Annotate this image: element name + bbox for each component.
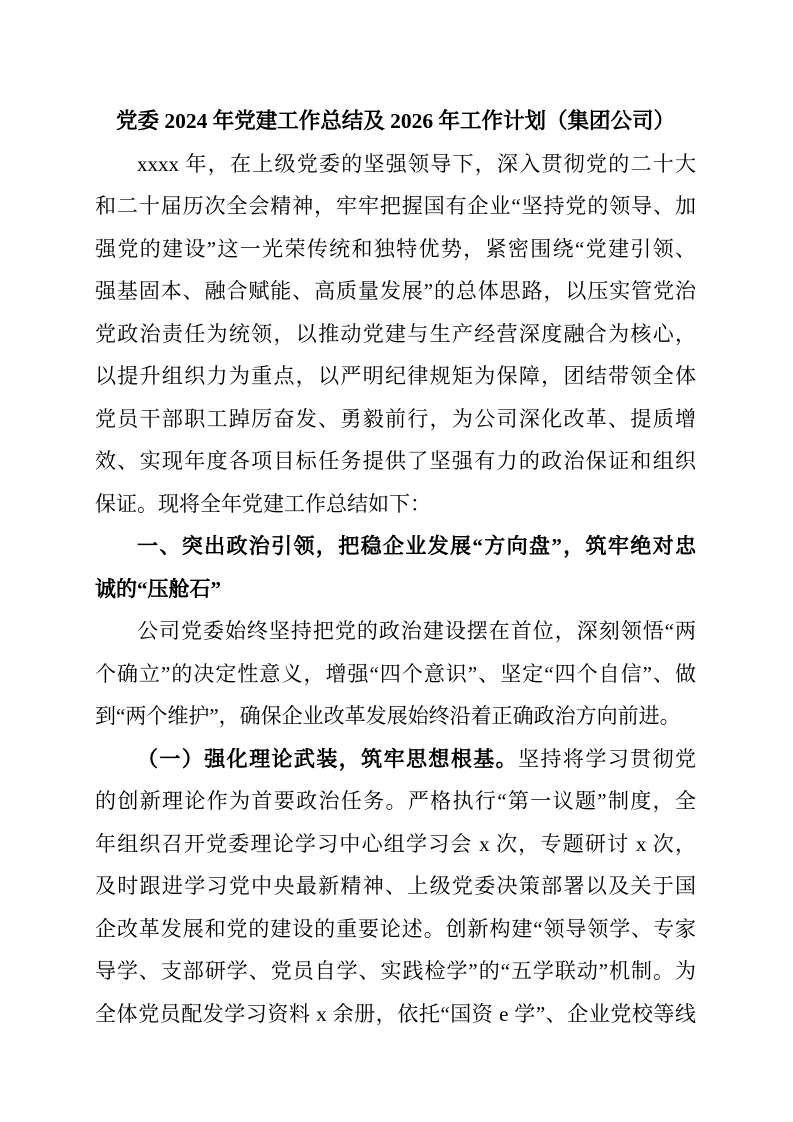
text-line: 公司党委始终坚持把党的政治建设摆在首位，深刻领悟“两 (95, 610, 696, 653)
text-line: 及时跟进学习党中央最新精神、上级党委决策部署以及关于国 (95, 865, 696, 908)
text-line: 强基固本、融合赋能、高质量发展”的总体思路，以压实管党治 (95, 270, 696, 313)
text-line: 全体党员配发学习资料 x 余册，依托“国资 e 学”、企业党校等线 (95, 993, 696, 1036)
text-line: 党政治责任为统领，以推动党建与生产经营深度融合为核心， (95, 313, 696, 356)
text-line: 保证。现将全年党建工作总结如下： (95, 483, 696, 526)
text-line: 和二十届历次全会精神，牢牢把握国有企业“坚持党的领导、加 (95, 185, 696, 228)
text-line: xxxx 年，在上级党委的坚强领导下，深入贯彻党的二十大 (95, 143, 696, 186)
text-line: 党员干部职工踔厉奋发、勇毅前行，为公司深化改革、提质增 (95, 398, 696, 441)
text-line: 企改革发展和党的建设的重要论述。创新构建“领导领学、专家 (95, 908, 696, 951)
bold-run: （一）强化理论武装，筑牢思想根基。 (137, 747, 518, 771)
text-line: 效、实现年度各项目标任务提供了坚强有力的政治保证和组织 (95, 440, 696, 483)
document-title: 党委 2024 年党建工作总结及 2026 年工作计划（集团公司） (95, 100, 696, 143)
text-run: 坚持将学习贯彻党 (518, 747, 696, 771)
text-line: 个确立”的决定性意义，增强“四个意识”、坚定“四个自信”、做 (95, 653, 696, 696)
document-page: 党委 2024 年党建工作总结及 2026 年工作计划（集团公司） xxxx 年… (0, 0, 793, 1122)
text-line: 强党的建设”这一光荣传统和独特优势，紧密围绕“党建引领、 (95, 228, 696, 271)
text-line: 年组织召开党委理论学习中心组学习会 x 次，专题研讨 x 次， (95, 823, 696, 866)
section-heading-line: 一、突出政治引领，把稳企业发展“方向盘”，筑牢绝对忠 (95, 525, 696, 568)
text-line: （一）强化理论武装，筑牢思想根基。坚持将学习贯彻党 (95, 738, 696, 781)
section-heading-line: 诚的“压舱石” (95, 568, 696, 611)
text-line: 到“两个维护”，确保企业改革发展始终沿着正确政治方向前进。 (95, 695, 696, 738)
text-line: 导学、支部研学、党员自学、实践检学”的“五学联动”机制。为 (95, 950, 696, 993)
text-line: 的创新理论作为首要政治任务。严格执行“第一议题”制度，全 (95, 780, 696, 823)
text-line: 以提升组织力为重点，以严明纪律规矩为保障，团结带领全体 (95, 355, 696, 398)
